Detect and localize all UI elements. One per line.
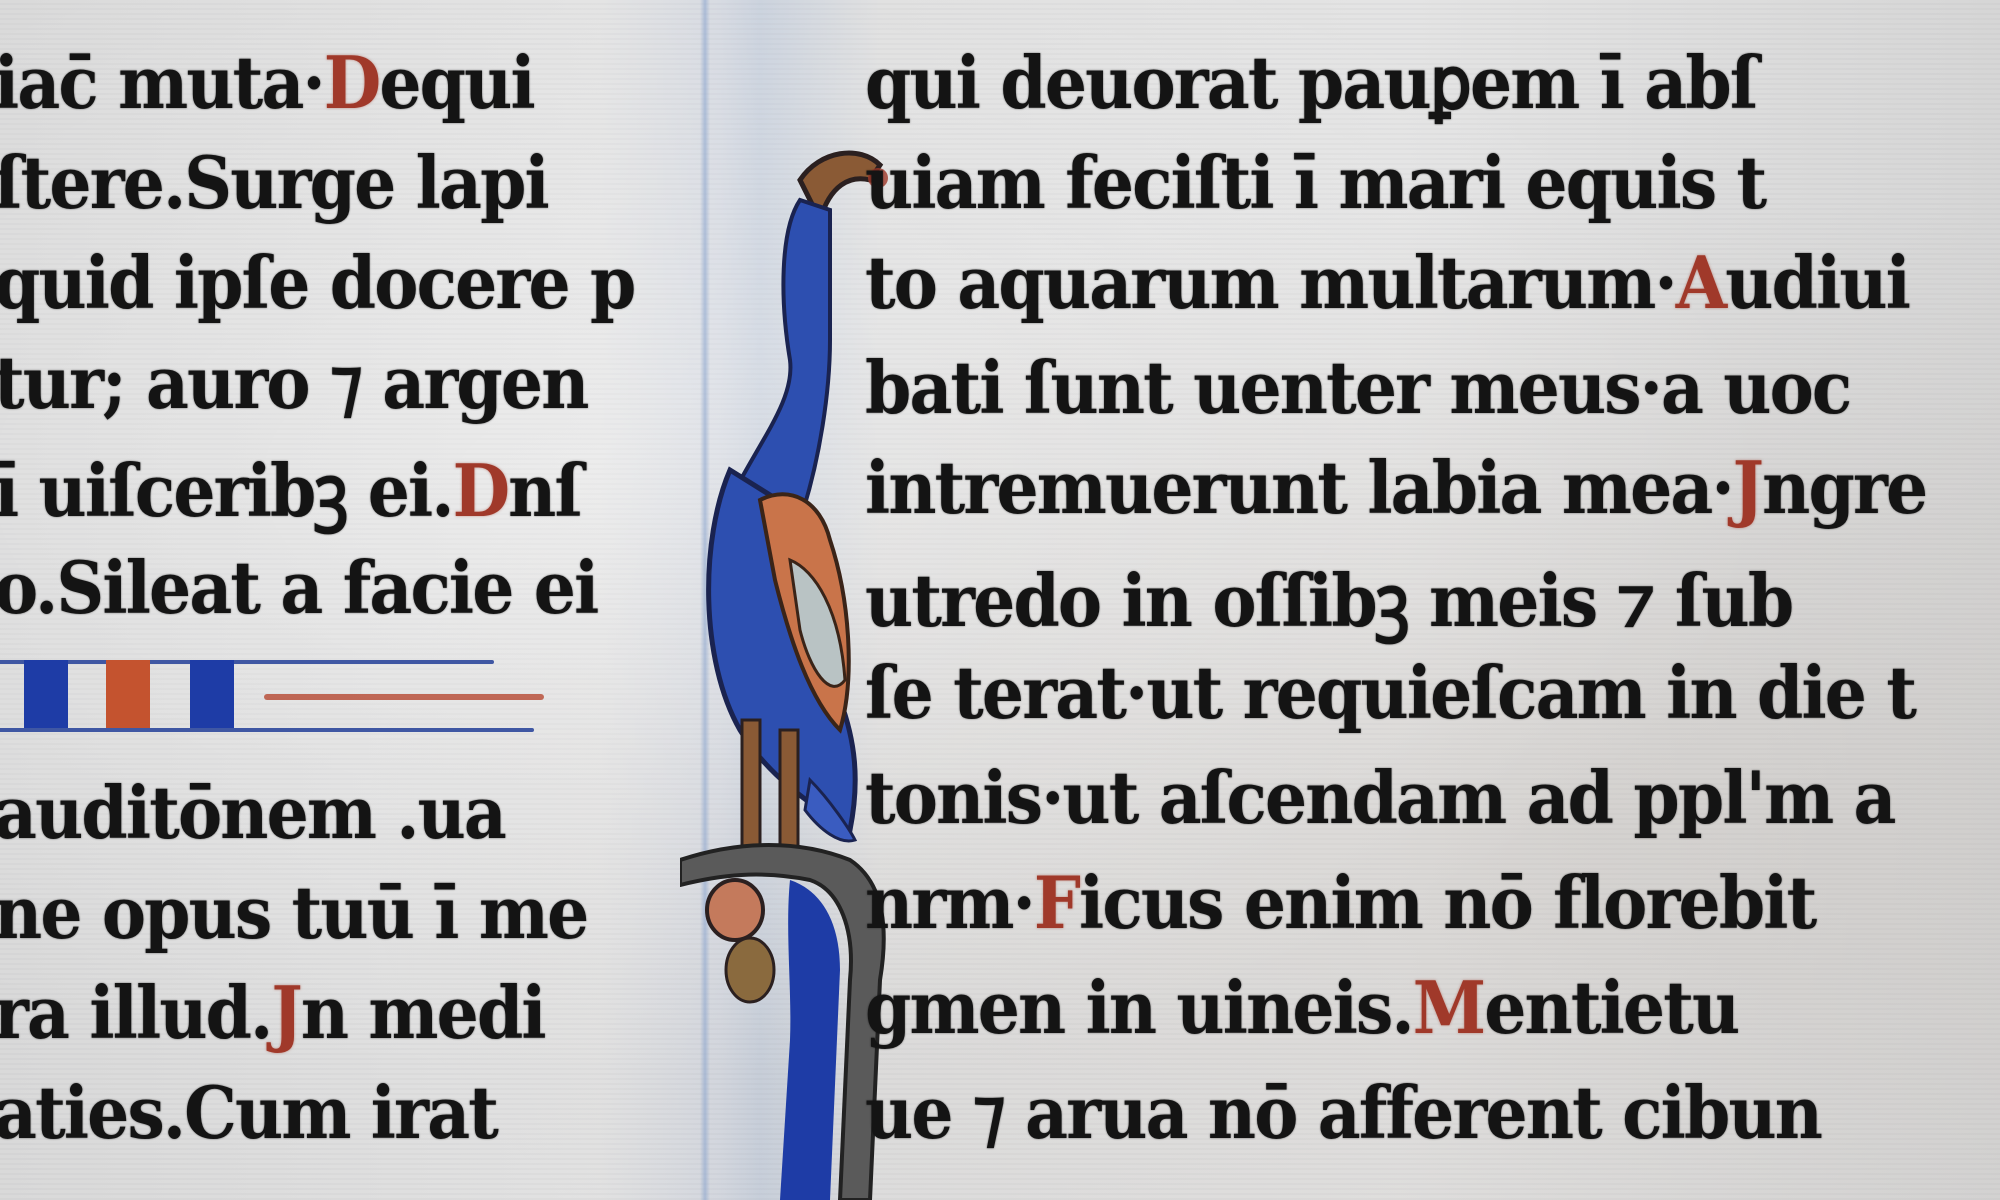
text-line: to aquarum multarum·Audiui [865, 240, 1909, 325]
text-line: ue ⁊ arua nō afferent cibun [865, 1070, 1821, 1155]
text-line: o.Sileat a facie ei [0, 545, 597, 630]
text-line: utredo in oſſibꝫ meis ⁊ ſub [865, 550, 1792, 648]
text-line: ne opus tuū ī me [0, 870, 587, 955]
text-line: gmen in uineis.Mentietu [865, 965, 1738, 1050]
text-line: ī uiſceribꝫ ei.Dnſ [0, 440, 581, 538]
text-line: auditōnem .ua [0, 770, 505, 855]
rubricated-initial: J [271, 970, 301, 1055]
text-line: ſe terat·ut requieſcam in die t [865, 650, 1915, 735]
rubricated-initial: D [453, 448, 509, 533]
text-line: ſtere.Surge lapi [0, 140, 548, 225]
rubricated-initial: J [1733, 445, 1763, 530]
text-line: quid ipſe docere p [0, 240, 634, 325]
rubricated-initial: M [1413, 965, 1484, 1050]
text-line: bati ſunt uenter meus·a uoc [865, 345, 1850, 430]
text-line: qui deuorat pauꝑem ī abſ [865, 40, 1757, 125]
filler-red-bar [106, 660, 150, 732]
filler-rule-bottom [0, 728, 534, 732]
line-filler-decoration [0, 660, 634, 732]
rubricated-initial: A [1676, 240, 1726, 325]
filler-red-flourish [264, 694, 544, 700]
filler-blue-bar [24, 660, 68, 732]
filler-blue-bar [190, 660, 234, 732]
text-line: uiam feciſti ī mari equis t [865, 140, 1765, 225]
text-line: intremuerunt labia mea·Jngre [865, 445, 1926, 530]
text-line: iac̄ muta·Dequi [0, 40, 534, 125]
text-line: aties.Cum irat [0, 1070, 497, 1155]
text-line: ra illud.Jn medi [0, 970, 545, 1055]
text-line: nrm·Ficus enim nō florebit [865, 860, 1815, 945]
rubricated-initial: F [1034, 860, 1079, 945]
text-line: tur; auro ⁊ argen [0, 340, 588, 425]
rubricated-initial: D [324, 40, 380, 125]
filler-rule-top [0, 660, 494, 664]
text-line: tonis·ut aſcendam ad ppl'm a [865, 755, 1895, 840]
